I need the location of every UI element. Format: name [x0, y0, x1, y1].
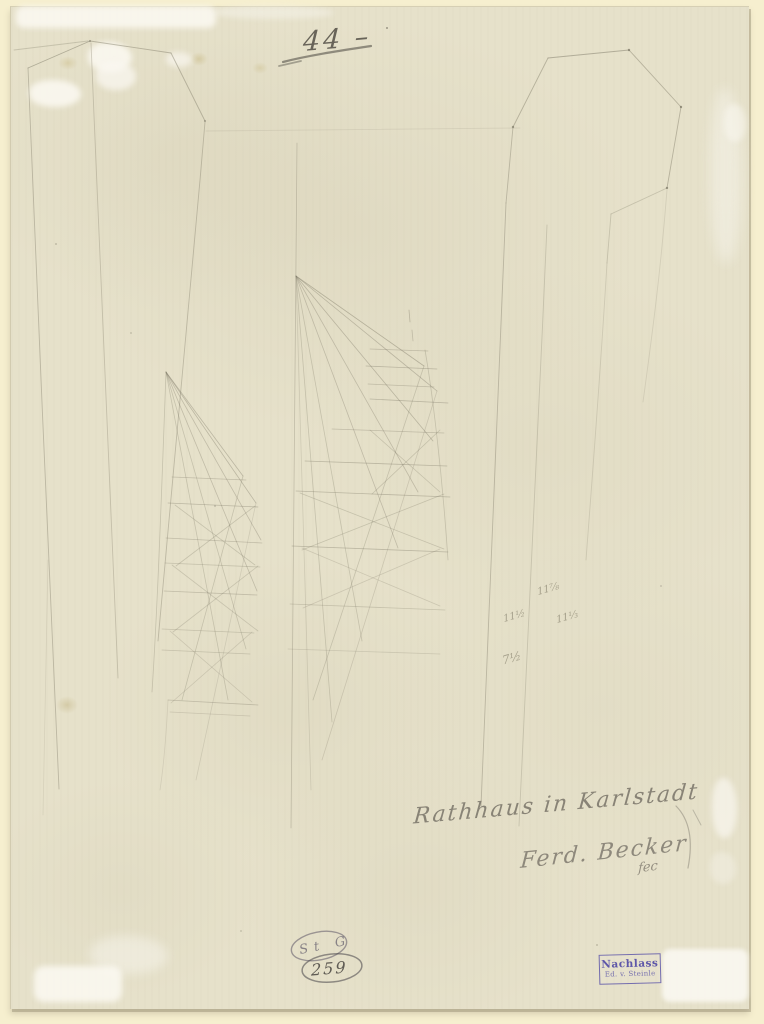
paper-sheet — [10, 6, 749, 1009]
estate-stamp: Nachlass Ed. v. Steinle — [599, 953, 662, 985]
scan-mat: 44 – 11⅞ 11½ 11⅓ 7½ Rathhaus in Karlstad… — [0, 0, 764, 1024]
estate-stamp-line2: Ed. v. Steinle — [605, 969, 656, 979]
